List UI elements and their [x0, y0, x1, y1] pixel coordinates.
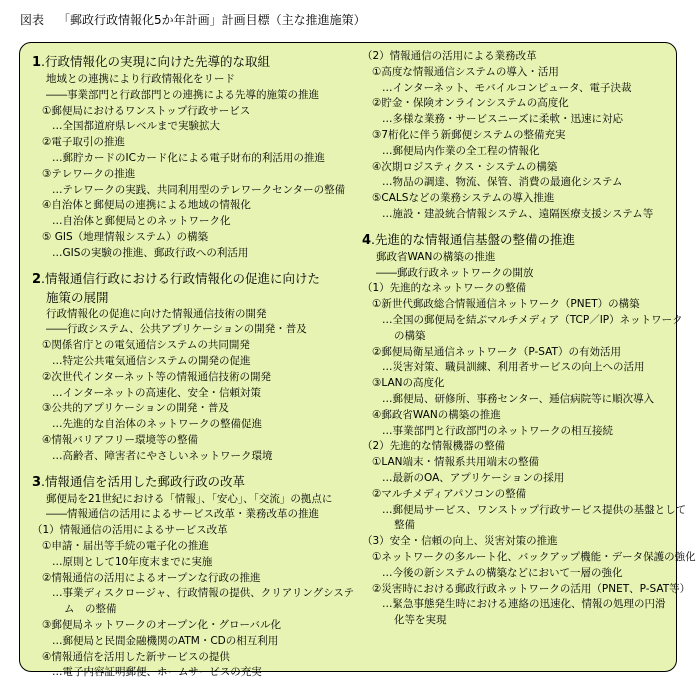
section-heading-text: 先進的な情報通信基盤の整備の推進	[375, 232, 575, 247]
section-gap	[362, 223, 662, 231]
measure-item: ③郵便局ネットワークのオープン化・グローバル化	[32, 618, 350, 634]
section-number: 4	[362, 233, 371, 248]
measure-detail: …郵便局と民間金融機関のATM・CDの相互利用	[32, 634, 350, 650]
measure-item: ⑤ GIS（地理情報システム）の構築	[32, 230, 350, 246]
right-column: （2）情報通信の活用による業務改革①高度な情報通信システムの導入・活用…インター…	[362, 49, 662, 629]
figure-title: 図表「郵政行政情報化5か年計画」計画目標（主な推進施策）	[20, 12, 366, 28]
measure-detail-continuation: ム の整備	[32, 602, 350, 618]
measure-detail: …GISの実験の推進、郵政行政への利活用	[32, 246, 350, 262]
figure-label: 図表	[20, 13, 44, 27]
measure-detail: …原則として10年度末までに実施	[32, 555, 350, 571]
subsection-heading: （1）情報通信の活用によるサービス改革	[32, 523, 350, 539]
measure-item: ②電子取引の推進	[32, 135, 350, 151]
measure-item: ④次期ロジスティクス・システムの構築	[362, 160, 662, 176]
measure-item: ①高度な情報通信システムの導入・活用	[362, 65, 662, 81]
measure-detail: …電子内容証明郵便、ホームサービスの充実	[32, 665, 350, 681]
measure-detail: …物品の調達、物流、保管、消費の最適化システム	[362, 175, 662, 191]
section-subtitle: ――事業部門と行政部門との連携による先導的施策の推進	[32, 88, 350, 104]
measure-detail: …郵貯カードのICカード化による電子財布的利活用の推進	[32, 151, 350, 167]
measure-item: ②マルチメディアパソコンの整備	[362, 487, 662, 503]
section-heading-continuation: 施策の展開	[32, 289, 350, 307]
left-column: 1.行政情報化の実現に向けた先導的な取組地域との連携により行政情報化をリード――…	[32, 53, 350, 681]
measure-detail: …郵便局サービス、ワンストップ行政サービス提供の基盤として	[362, 503, 662, 519]
measure-detail: …郵便局、研修所、事務センター、逓信病院等に順次導入	[362, 392, 662, 408]
measure-detail: …緊急事態発生時における連絡の迅速化、情報の処理の円滑	[362, 597, 662, 613]
measure-item: ①LAN端末・情報系共用端末の整備	[362, 455, 662, 471]
measure-item: ④情報バリアフリー環境等の整備	[32, 433, 350, 449]
measure-item: ⑤CALSなどの業務システムの導入推進	[362, 191, 662, 207]
measure-detail: …インターネット、モバイルコンピュータ、電子決裁	[362, 81, 662, 97]
measure-detail-continuation: 化等を実現	[362, 613, 662, 629]
section-gap	[32, 465, 350, 473]
measure-item: ②情報通信の活用によるオープンな行政の推進	[32, 571, 350, 587]
measure-detail: …先進的な自治体のネットワークの整備促進	[32, 417, 350, 433]
subsection-heading: （2）先進的な情報機器の整備	[362, 439, 662, 455]
measure-item: ③公共的アプリケーションの開発・普及	[32, 401, 350, 417]
measure-detail: …多様な業務・サービスニーズに柔軟・迅速に対応	[362, 112, 662, 128]
measure-detail: …インターネットの高速化、安全・信頼対策	[32, 386, 350, 402]
measure-detail: …全国都道府県レベルまで実験拡大	[32, 119, 350, 135]
section-heading-text: 情報通信を活用した郵政行政の改革	[45, 474, 245, 489]
section-subtitle: 郵政省WANの構築の推進	[362, 250, 662, 266]
measure-item: ④情報通信を活用した新サービスの提供	[32, 650, 350, 666]
section-heading: 3.情報通信を活用した郵政行政の改革	[32, 473, 350, 492]
section-heading-text: 行政情報化の実現に向けた先導的な取組	[45, 54, 270, 69]
measure-item: ④自治体と郵便局の連携による地域の情報化	[32, 198, 350, 214]
measure-item: ②郵便局衛星通信ネットワーク（P-SAT）の有効活用	[362, 345, 662, 361]
section-subtitle: ――行政システム、公共アプリケーションの開発・普及	[32, 322, 350, 338]
measure-detail-continuation: 整備	[362, 518, 662, 534]
plan-goals-panel: 1.行政情報化の実現に向けた先導的な取組地域との連携により行政情報化をリード――…	[19, 42, 677, 672]
measure-item: ③7桁化に伴う新郵便システムの整備充実	[362, 128, 662, 144]
measure-item: ③LANの高度化	[362, 376, 662, 392]
measure-item: ①郵便局におけるワンストップ行政サービス	[32, 104, 350, 120]
measure-detail: …テレワークの実践、共同利用型のテレワークセンターの整備	[32, 183, 350, 199]
section-heading: 4.先進的な情報通信基盤の整備の推進	[362, 231, 662, 250]
measure-detail: …特定公共電気通信システムの開発の促進	[32, 354, 350, 370]
section-subtitle: ――情報通信の活用によるサービス改革・業務改革の推進	[32, 507, 350, 523]
measure-item: ③テレワークの推進	[32, 167, 350, 183]
measure-item: ②次世代インターネット等の情報通信技術の開発	[32, 370, 350, 386]
measure-detail: …高齢者、障害者にやさしいネットワーク環境	[32, 449, 350, 465]
measure-item: ④郵政省WANの構築の推進	[362, 408, 662, 424]
section-subtitle: 郵便局を21世紀における「情報」、「安心」、「交流」の拠点に	[32, 492, 350, 508]
subsection-heading: （3）安全・信頼の向上、災害対策の推進	[362, 534, 662, 550]
section-heading-text: 情報通信行政における行政情報化の促進に向けた	[45, 271, 320, 286]
section-gap	[32, 262, 350, 270]
subsection-heading: （2）情報通信の活用による業務改革	[362, 49, 662, 65]
section-subtitle: ――郵政行政ネットワークの開放	[362, 266, 662, 282]
measure-item: ①関係省庁との電気通信システムの共同開発	[32, 338, 350, 354]
measure-detail: …事業部門と行政部門のネットワークの相互接続	[362, 424, 662, 440]
measure-detail: …災害対策、職員訓練、利用者サービスの向上への活用	[362, 360, 662, 376]
measure-detail: …施設・建設統合情報システム、遠隔医療支援システム等	[362, 207, 662, 223]
measure-detail: …今後の新システムの構築などにおいて一層の強化	[362, 566, 662, 582]
measure-detail: …自治体と郵便局とのネットワーク化	[32, 214, 350, 230]
measure-item: ①ネットワークの多ルート化、バックアップ機能・データ保護の強化	[362, 550, 662, 566]
section-number: 3	[32, 475, 41, 490]
section-heading: 2.情報通信行政における行政情報化の促進に向けた	[32, 270, 350, 289]
measure-detail: …郵便局内作業の全工程の情報化	[362, 144, 662, 160]
figure-title-text: 「郵政行政情報化5か年計画」計画目標（主な推進施策）	[58, 13, 366, 27]
measure-detail: …事業ディスクロージャ、行政情報の提供、クリアリングシステ	[32, 586, 350, 602]
measure-item: ②災害時における郵政行政ネットワークの活用（PNET、P-SAT等）	[362, 582, 662, 598]
measure-detail-continuation: の構築	[362, 329, 662, 345]
section-subtitle: 地域との連携により行政情報化をリード	[32, 72, 350, 88]
measure-detail: …最新のOA、アプリケーションの採用	[362, 471, 662, 487]
section-number: 1	[32, 55, 41, 70]
subsection-heading: （1）先進的なネットワークの整備	[362, 281, 662, 297]
measure-item: ①新世代郵政総合情報通信ネットワーク（PNET）の構築	[362, 297, 662, 313]
section-number: 2	[32, 272, 41, 287]
measure-item: ②貯金・保険オンラインシステムの高度化	[362, 96, 662, 112]
measure-detail: …全国の郵便局を結ぶマルチメディア（TCP／IP）ネットワーク	[362, 313, 662, 329]
section-heading: 1.行政情報化の実現に向けた先導的な取組	[32, 53, 350, 72]
measure-item: ①申請・届出等手続の電子化の推進	[32, 539, 350, 555]
section-subtitle: 行政情報化の促進に向けた情報通信技術の開発	[32, 307, 350, 323]
